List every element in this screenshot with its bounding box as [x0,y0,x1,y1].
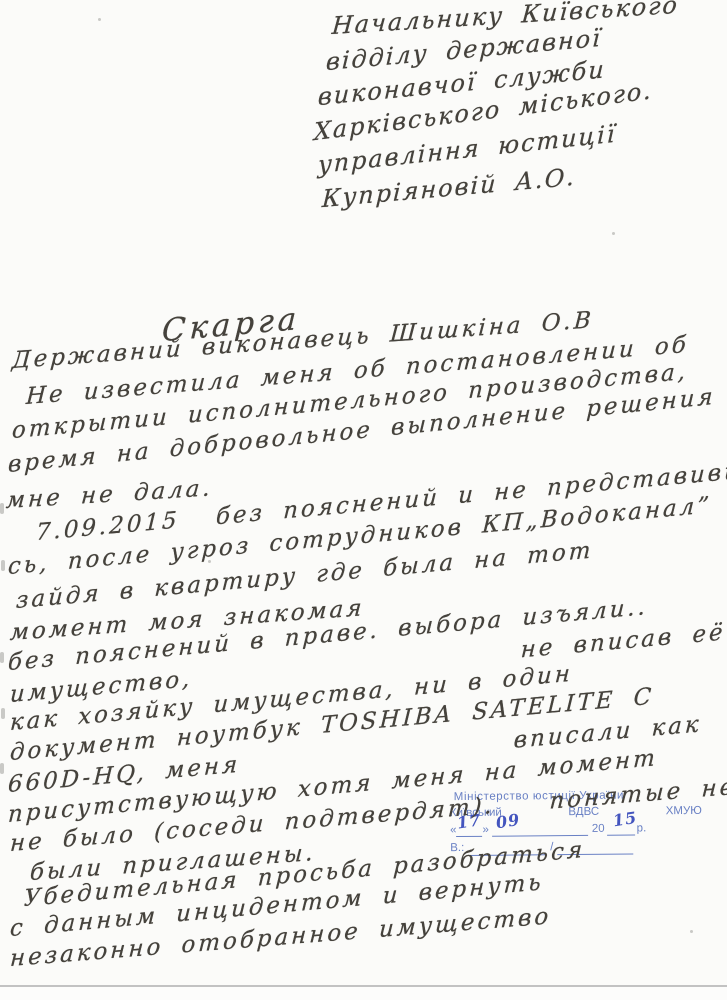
stamp-reg-blank-1 [468,842,546,856]
scan-speckle [208,560,211,563]
body-line: без пояснений в праве. выбора изъяли.. [7,596,648,675]
body-line: были приглашены. [29,842,316,885]
stamp-office-abbr: ХМУЮ [666,805,702,819]
body-line: незаконно отобранное имущество [9,905,552,971]
stamp-office-line: Київський ВДВС ХМУЮ [448,805,706,821]
body-line: Не известила меня об постановлении об [25,334,689,409]
stamp-ministry-line: Міністерство юстиції України [448,789,706,805]
stamp-day-blank: 17 [456,824,482,837]
recipient-line: Начальнику Київського [331,0,680,38]
stamp-office-unit: ВДВС [568,806,599,820]
scan-speckle [690,930,693,933]
recipient-line: Купріяновій А.О. [321,165,576,211]
scan-artifact [0,763,4,774]
stamp-slash: / [550,842,553,856]
body-line: время на добровольное выполнение решения [7,386,716,477]
recipient-line: Харківського міського. [314,78,653,144]
body-line: документ ноутбук TOSHIBA SATELITE C [9,686,654,766]
stamp-date-line: « 17 » 09 20 15 р. [448,821,706,837]
quote-close: » [482,823,489,837]
body-line: мне не дала. [5,477,214,513]
body-line: имущество, не вписав её [9,621,726,707]
recipient-line: виконавчої служби [317,57,606,109]
stamp-day-handwritten: 17 [456,811,483,834]
scan-artifact [1,560,5,571]
scan-artifact [1,708,5,719]
stamp-year-prefix: 20 [592,822,605,836]
recipient-line: відділу державної [325,26,602,74]
scan-artifact [0,503,4,514]
stamp-year-handwritten: 15 [611,808,638,831]
body-line: как хозяйку имущества, ни в один [9,663,573,735]
scanned-complaint-document: Начальнику Київського відділу державної … [0,0,727,1000]
document-title: Скарга [161,304,301,347]
body-line: момент моя знакомая [9,597,365,645]
stamp-month-handwritten: 09 [495,810,522,833]
body-line: 7.09.2015 без пояснений и не представивш… [35,457,727,545]
body-line: 660D-HQ, меня вписали как [7,713,702,797]
body-line: сь, после угроз сотрудников КП„Водоканал… [7,494,712,579]
recipient-line: управління юстиції [318,122,617,178]
body-line: с данным инцидентом и вернуть [9,871,544,941]
body-line: открытии исполнительного производства, [11,361,688,443]
stamp-month-blank: 09 [492,823,588,837]
registration-stamp: Міністерство юстиції України Київський В… [448,789,707,858]
scan-speckle [98,18,101,21]
body-line: зайдя в квартиру где была на тот [15,539,594,613]
stamp-year-blank: 15 [607,823,635,836]
stamp-registration-line: В.: / [448,840,706,856]
scan-speckle [612,232,615,235]
body-line: Державний виконавець Шишкіна О.В [11,309,594,373]
stamp-reg-prefix: В.: [450,842,464,856]
stamp-reg-blank-2 [557,842,633,856]
scan-artifact [0,652,4,663]
scan-bottom-margin [0,987,727,1000]
